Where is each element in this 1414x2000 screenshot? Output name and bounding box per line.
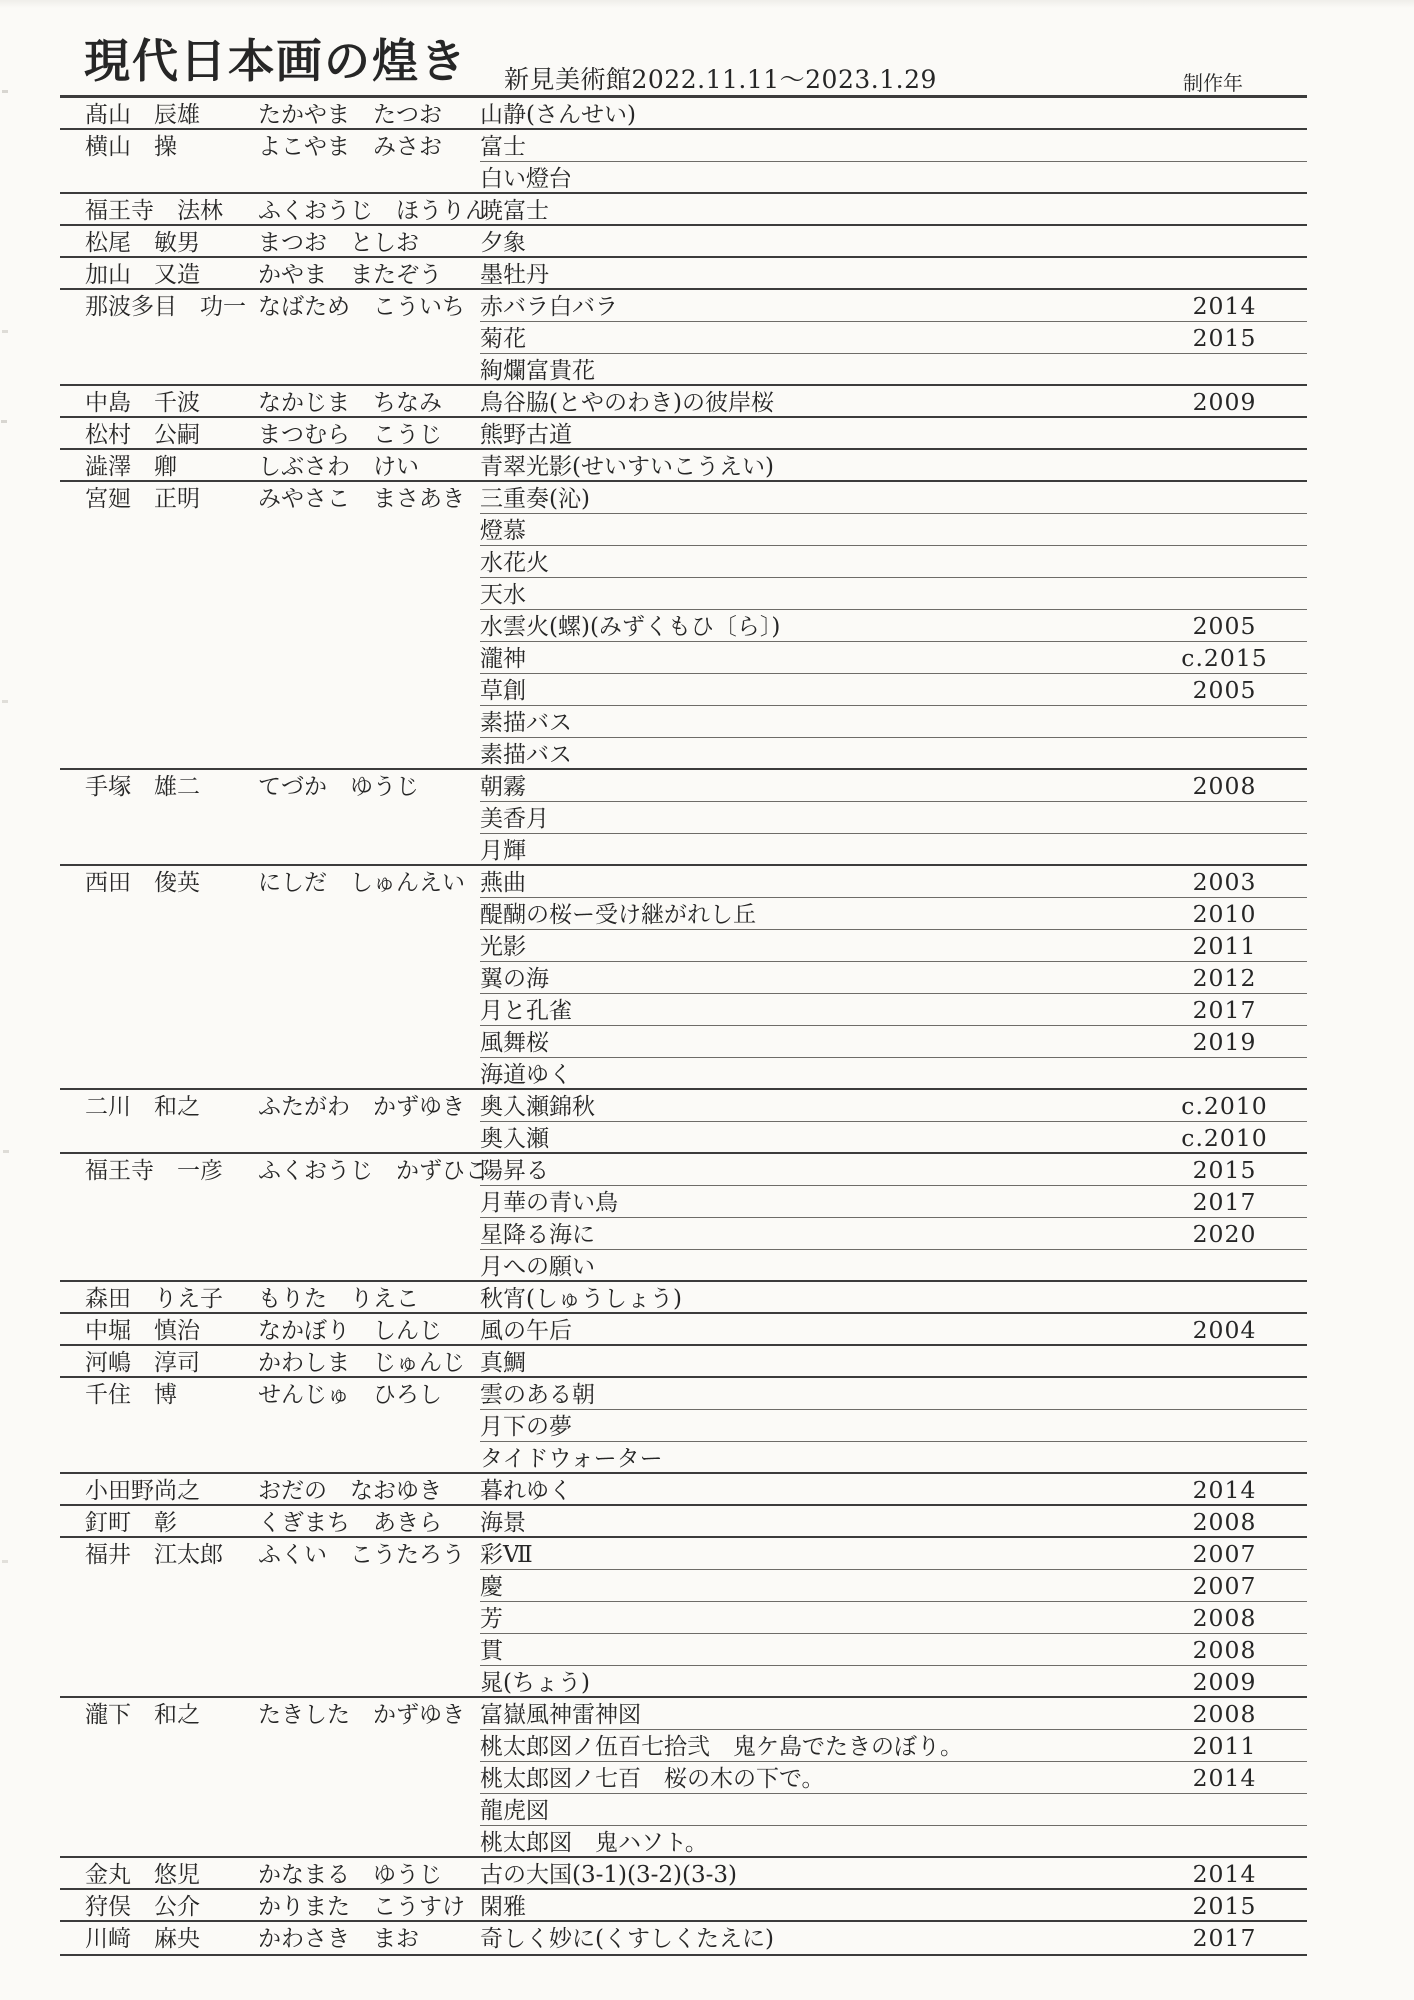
artwork-title: 慶 (480, 1575, 1142, 1602)
artwork-title: 龍虎図 (480, 1799, 1142, 1826)
artwork-title: 水花火 (480, 551, 1142, 578)
table-row: 水花火 (60, 546, 1307, 578)
exhibition-venue-dates: 新見美術館2022.11.11～2023.1.29 (504, 60, 937, 96)
artwork-title: 雲のある朝 (480, 1383, 1142, 1410)
artist-reading: なかじま ちなみ (258, 391, 480, 418)
artwork-year: 2008 (1142, 1606, 1307, 1634)
table-row: 瀧神 c.2015 (60, 642, 1307, 674)
artwork-title: 富士 (480, 135, 1142, 162)
table-row: 瀧下 和之 たきした かずゆき 富嶽風神雷神図 2008 (60, 1698, 1307, 1730)
artwork-title: 富嶽風神雷神図 (480, 1703, 1142, 1730)
artist-reading: なばため こういち (258, 295, 480, 322)
table-row: 月下の夢 (60, 1410, 1307, 1442)
artwork-title: 白い燈台 (480, 167, 1142, 194)
artwork-title: 朝霧 (480, 775, 1142, 802)
artist-name: 髙山 辰雄 (60, 103, 258, 130)
artwork-title: 素描バス (480, 743, 1142, 770)
artwork-year: 2010 (1142, 902, 1307, 930)
artist-name: 瀧下 和之 (60, 1703, 258, 1730)
artwork-title: 桃太郎図 鬼ハソト。 (480, 1831, 1142, 1858)
artist-reading: よこやま みさお (258, 135, 480, 162)
table-row: 海道ゆく (60, 1058, 1307, 1090)
artist-name: 西田 俊英 (60, 871, 258, 898)
table-row: 天水 (60, 578, 1307, 610)
document-page: 現代日本画の煌き 新見美術館2022.11.11～2023.1.29 制作年 髙… (0, 0, 1414, 2000)
table-row: 慶 2007 (60, 1570, 1307, 1602)
table-row: 龍虎図 (60, 1794, 1307, 1826)
artwork-year: c.2010 (1142, 1094, 1307, 1122)
artist-reading: もりた りえこ (258, 1287, 480, 1314)
artist-name: 福王寺 法林 (60, 199, 258, 226)
artwork-title: 閑雅 (480, 1895, 1142, 1922)
table-row: 髙山 辰雄 たかやま たつお 山静(さんせい) (60, 98, 1307, 130)
table-row: 千住 博 せんじゅ ひろし 雲のある朝 (60, 1378, 1307, 1410)
table-row: 醍醐の桜ー受け継がれし丘 2010 (60, 898, 1307, 930)
artist-name: 宮廻 正明 (60, 487, 258, 514)
artist-reading: たきした かずゆき (258, 1703, 480, 1730)
table-row: タイドウォーター (60, 1442, 1307, 1474)
artwork-title: 秋宵(しゅうしょう) (480, 1287, 1142, 1314)
artwork-year: 2005 (1142, 678, 1307, 706)
artwork-year: 2008 (1142, 1510, 1307, 1538)
artwork-title: 彩Ⅶ (480, 1543, 1142, 1570)
artwork-title: 海景 (480, 1511, 1142, 1538)
artwork-title: 青翠光影(せいすいこうえい) (480, 455, 1142, 482)
artist-reading: かわしま じゅんじ (258, 1351, 480, 1378)
artwork-title: 真鯛 (480, 1351, 1142, 1378)
artwork-title: 燕曲 (480, 871, 1142, 898)
artwork-title: 瀧神 (480, 647, 1142, 674)
artist-reading: にしだ しゅんえい (258, 871, 480, 898)
artist-name: 松村 公嗣 (60, 423, 258, 450)
artwork-year: 2007 (1142, 1574, 1307, 1602)
artwork-title: 月への願い (480, 1255, 1142, 1282)
artwork-year: 2008 (1142, 1638, 1307, 1666)
artist-name: 釘町 彰 (60, 1511, 258, 1538)
table-row: 芳 2008 (60, 1602, 1307, 1634)
artwork-year: 2009 (1142, 390, 1307, 418)
artwork-year: 2017 (1142, 1926, 1307, 1954)
artist-name: 金丸 悠児 (60, 1863, 258, 1890)
artist-reading: ふたがわ かずゆき (258, 1095, 480, 1122)
artwork-year: 2008 (1142, 1702, 1307, 1730)
artwork-year: 2017 (1142, 998, 1307, 1026)
artwork-title: 暮れゆく (480, 1479, 1142, 1506)
table-row: 月華の青い鳥 2017 (60, 1186, 1307, 1218)
artwork-title: 醍醐の桜ー受け継がれし丘 (480, 903, 1142, 930)
scan-artifacts (2, 90, 8, 93)
table-row: 小田野尚之 おだの なおゆき 暮れゆく 2014 (60, 1474, 1307, 1506)
artwork-title: 風の午后 (480, 1319, 1142, 1346)
artwork-year: 2014 (1142, 1478, 1307, 1506)
artist-name: 千住 博 (60, 1383, 258, 1410)
artwork-year: 2019 (1142, 1030, 1307, 1058)
artist-reading: しぶさわ けい (258, 455, 480, 482)
artwork-table: 髙山 辰雄 たかやま たつお 山静(さんせい) 横山 操 よこやま みさお 富士… (60, 95, 1307, 1956)
artwork-title: 星降る海に (480, 1223, 1142, 1250)
table-row: 手塚 雄二 てづか ゆうじ 朝霧 2008 (60, 770, 1307, 802)
artwork-title: 美香月 (480, 807, 1142, 834)
artwork-title: 風舞桜 (480, 1031, 1142, 1058)
table-row: 奥入瀬 c.2010 (60, 1122, 1307, 1154)
artwork-title: 熊野古道 (480, 423, 1142, 450)
artwork-year: 2009 (1142, 1670, 1307, 1698)
artist-name: 福王寺 一彦 (60, 1159, 258, 1186)
artwork-title: 素描バス (480, 711, 1142, 738)
table-row: 月と孔雀 2017 (60, 994, 1307, 1026)
artwork-year: 2015 (1142, 1158, 1307, 1186)
artwork-title: 月輝 (480, 839, 1142, 866)
artwork-title: タイドウォーター (480, 1447, 1142, 1474)
table-row: 桃太郎図 鬼ハソト。 (60, 1826, 1307, 1858)
artist-reading: ふくおうじ ほうりん (258, 199, 480, 226)
artist-name: 二川 和之 (60, 1095, 258, 1122)
artwork-title: 草創 (480, 679, 1142, 706)
table-row: 光影 2011 (60, 930, 1307, 962)
artwork-title: 墨牡丹 (480, 263, 1142, 290)
artwork-title: 貫 (480, 1639, 1142, 1666)
table-row: 翼の海 2012 (60, 962, 1307, 994)
artwork-year: c.2015 (1142, 646, 1307, 674)
table-row: 絢爛富貴花 (60, 354, 1307, 386)
table-row: 菊花 2015 (60, 322, 1307, 354)
artist-name: 松尾 敏男 (60, 231, 258, 258)
artwork-title: 光影 (480, 935, 1142, 962)
artwork-title: 奥入瀬錦秋 (480, 1095, 1142, 1122)
artist-reading: まつお としお (258, 231, 480, 258)
year-column-header: 制作年 (1183, 67, 1243, 96)
table-row: 素描バス (60, 738, 1307, 770)
artist-name: 那波多目 功一 (60, 295, 258, 322)
table-row: 金丸 悠児 かなまる ゆうじ 古の大国(3-1)(3-2)(3-3) 2014 (60, 1858, 1307, 1890)
artwork-title: 天水 (480, 583, 1142, 610)
artist-name: 横山 操 (60, 135, 258, 162)
table-row: 草創 2005 (60, 674, 1307, 706)
artwork-year: 2017 (1142, 1190, 1307, 1218)
artist-reading: なかぼり しんじ (258, 1319, 480, 1346)
artist-reading: おだの なおゆき (258, 1479, 480, 1506)
table-row: 河嶋 淳司 かわしま じゅんじ 真鯛 (60, 1346, 1307, 1378)
table-row: 西田 俊英 にしだ しゅんえい 燕曲 2003 (60, 866, 1307, 898)
table-row: 狩俣 公介 かりまた こうすけ 閑雅 2015 (60, 1890, 1307, 1922)
artist-name: 澁澤 卿 (60, 455, 258, 482)
artist-reading: せんじゅ ひろし (258, 1383, 480, 1410)
artwork-title: 燈慕 (480, 519, 1142, 546)
artist-reading: かやま またぞう (258, 263, 480, 290)
artwork-year: 2015 (1142, 1894, 1307, 1922)
artwork-year: 2014 (1142, 1862, 1307, 1890)
artwork-title: 桃太郎図ノ七百 桜の木の下で。 (480, 1767, 1142, 1794)
artwork-title: 菊花 (480, 327, 1142, 354)
artist-name: 河嶋 淳司 (60, 1351, 258, 1378)
table-row: 釘町 彰 くぎまち あきら 海景 2008 (60, 1506, 1307, 1538)
artwork-year: 2014 (1142, 294, 1307, 322)
artist-name: 加山 又造 (60, 263, 258, 290)
table-row: 中島 千波 なかじま ちなみ 鳥谷脇(とやのわき)の彼岸桜 2009 (60, 386, 1307, 418)
artwork-year: 2014 (1142, 1766, 1307, 1794)
artist-reading: ふくい こうたろう (258, 1543, 480, 1570)
table-row: 白い燈台 (60, 162, 1307, 194)
artwork-year: 2004 (1142, 1318, 1307, 1346)
artwork-title: 海道ゆく (480, 1063, 1142, 1090)
table-row: 福王寺 法林 ふくおうじ ほうりん 暁富士 (60, 194, 1307, 226)
table-row: 松村 公嗣 まつむら こうじ 熊野古道 (60, 418, 1307, 450)
table-row: 月への願い (60, 1250, 1307, 1282)
artist-reading: かわさき まお (258, 1927, 480, 1954)
artwork-year: 2008 (1142, 774, 1307, 802)
artwork-title: 陽昇る (480, 1159, 1142, 1186)
artwork-title: 月と孔雀 (480, 999, 1142, 1026)
table-row: 桃太郎図ノ七百 桜の木の下で。 2014 (60, 1762, 1307, 1794)
page-title: 現代日本画の煌き (84, 36, 468, 87)
artwork-year: 2011 (1142, 934, 1307, 962)
table-row: 宮廻 正明 みやさこ まさあき 三重奏(沁) (60, 482, 1307, 514)
artist-reading: たかやま たつお (258, 103, 480, 130)
artwork-title: 三重奏(沁) (480, 487, 1142, 514)
artwork-title: 鳥谷脇(とやのわき)の彼岸桜 (480, 391, 1142, 418)
artwork-title: 月下の夢 (480, 1415, 1142, 1442)
artwork-title: 暁富士 (480, 199, 1142, 226)
artwork-title: 山静(さんせい) (480, 103, 1142, 130)
table-row: 横山 操 よこやま みさお 富士 (60, 130, 1307, 162)
artist-reading: かりまた こうすけ (258, 1895, 480, 1922)
artwork-title: 芳 (480, 1607, 1142, 1634)
artwork-year: 2020 (1142, 1222, 1307, 1250)
artwork-year: 2011 (1142, 1734, 1307, 1762)
artist-name: 森田 りえ子 (60, 1287, 258, 1314)
artwork-year: 2012 (1142, 966, 1307, 994)
table-row: 美香月 (60, 802, 1307, 834)
table-row: 晁(ちょう) 2009 (60, 1666, 1307, 1698)
table-row: 澁澤 卿 しぶさわ けい 青翠光影(せいすいこうえい) (60, 450, 1307, 482)
artist-reading: てづか ゆうじ (258, 775, 480, 802)
table-row: 加山 又造 かやま またぞう 墨牡丹 (60, 258, 1307, 290)
artist-name: 中島 千波 (60, 391, 258, 418)
artist-name: 狩俣 公介 (60, 1895, 258, 1922)
table-row: 水雲火(螺)(みずくもひ〔ら〕) 2005 (60, 610, 1307, 642)
artist-name: 小田野尚之 (60, 1479, 258, 1506)
artist-reading: くぎまち あきら (258, 1511, 480, 1538)
table-row: 素描バス (60, 706, 1307, 738)
artist-reading: みやさこ まさあき (258, 487, 480, 514)
artwork-title: 水雲火(螺)(みずくもひ〔ら〕) (480, 615, 1142, 642)
artwork-year: 2005 (1142, 614, 1307, 642)
table-row: 桃太郎図ノ伍百七拾弐 鬼ケ島でたきのぼり。 2011 (60, 1730, 1307, 1762)
table-row: 月輝 (60, 834, 1307, 866)
artwork-year: 2007 (1142, 1542, 1307, 1570)
table-row: 風舞桜 2019 (60, 1026, 1307, 1058)
table-row: 燈慕 (60, 514, 1307, 546)
artwork-year: 2003 (1142, 870, 1307, 898)
table-row: 福井 江太郎 ふくい こうたろう 彩Ⅶ 2007 (60, 1538, 1307, 1570)
artwork-title: 古の大国(3-1)(3-2)(3-3) (480, 1863, 1142, 1890)
artwork-title: 絢爛富貴花 (480, 359, 1142, 386)
artwork-year: c.2010 (1142, 1126, 1307, 1154)
table-row: 那波多目 功一 なばため こういち 赤バラ白バラ 2014 (60, 290, 1307, 322)
table-row: 二川 和之 ふたがわ かずゆき 奥入瀬錦秋 c.2010 (60, 1090, 1307, 1122)
table-row: 森田 りえ子 もりた りえこ 秋宵(しゅうしょう) (60, 1282, 1307, 1314)
artwork-title: 奥入瀬 (480, 1127, 1142, 1154)
artwork-title: 晁(ちょう) (480, 1671, 1142, 1698)
artist-name: 手塚 雄二 (60, 775, 258, 802)
artwork-title: 翼の海 (480, 967, 1142, 994)
artist-name: 川﨑 麻央 (60, 1927, 258, 1954)
artist-name: 福井 江太郎 (60, 1543, 258, 1570)
artist-name: 中堀 慎治 (60, 1319, 258, 1346)
table-row: 松尾 敏男 まつお としお 夕象 (60, 226, 1307, 258)
artwork-title: 月華の青い鳥 (480, 1191, 1142, 1218)
artwork-title: 桃太郎図ノ伍百七拾弐 鬼ケ島でたきのぼり。 (480, 1735, 1142, 1762)
artwork-year: 2015 (1142, 326, 1307, 354)
table-row: 星降る海に 2020 (60, 1218, 1307, 1250)
artwork-title: 夕象 (480, 231, 1142, 258)
artist-reading: かなまる ゆうじ (258, 1863, 480, 1890)
table-row: 貫 2008 (60, 1634, 1307, 1666)
table-row: 川﨑 麻央 かわさき まお 奇しく妙に(くすしくたえに) 2017 (60, 1922, 1307, 1954)
artist-reading: まつむら こうじ (258, 423, 480, 450)
artist-reading: ふくおうじ かずひこ (258, 1159, 480, 1186)
table-row: 福王寺 一彦 ふくおうじ かずひこ 陽昇る 2015 (60, 1154, 1307, 1186)
table-row: 中堀 慎治 なかぼり しんじ 風の午后 2004 (60, 1314, 1307, 1346)
artwork-title: 奇しく妙に(くすしくたえに) (480, 1927, 1142, 1954)
artwork-title: 赤バラ白バラ (480, 295, 1142, 322)
